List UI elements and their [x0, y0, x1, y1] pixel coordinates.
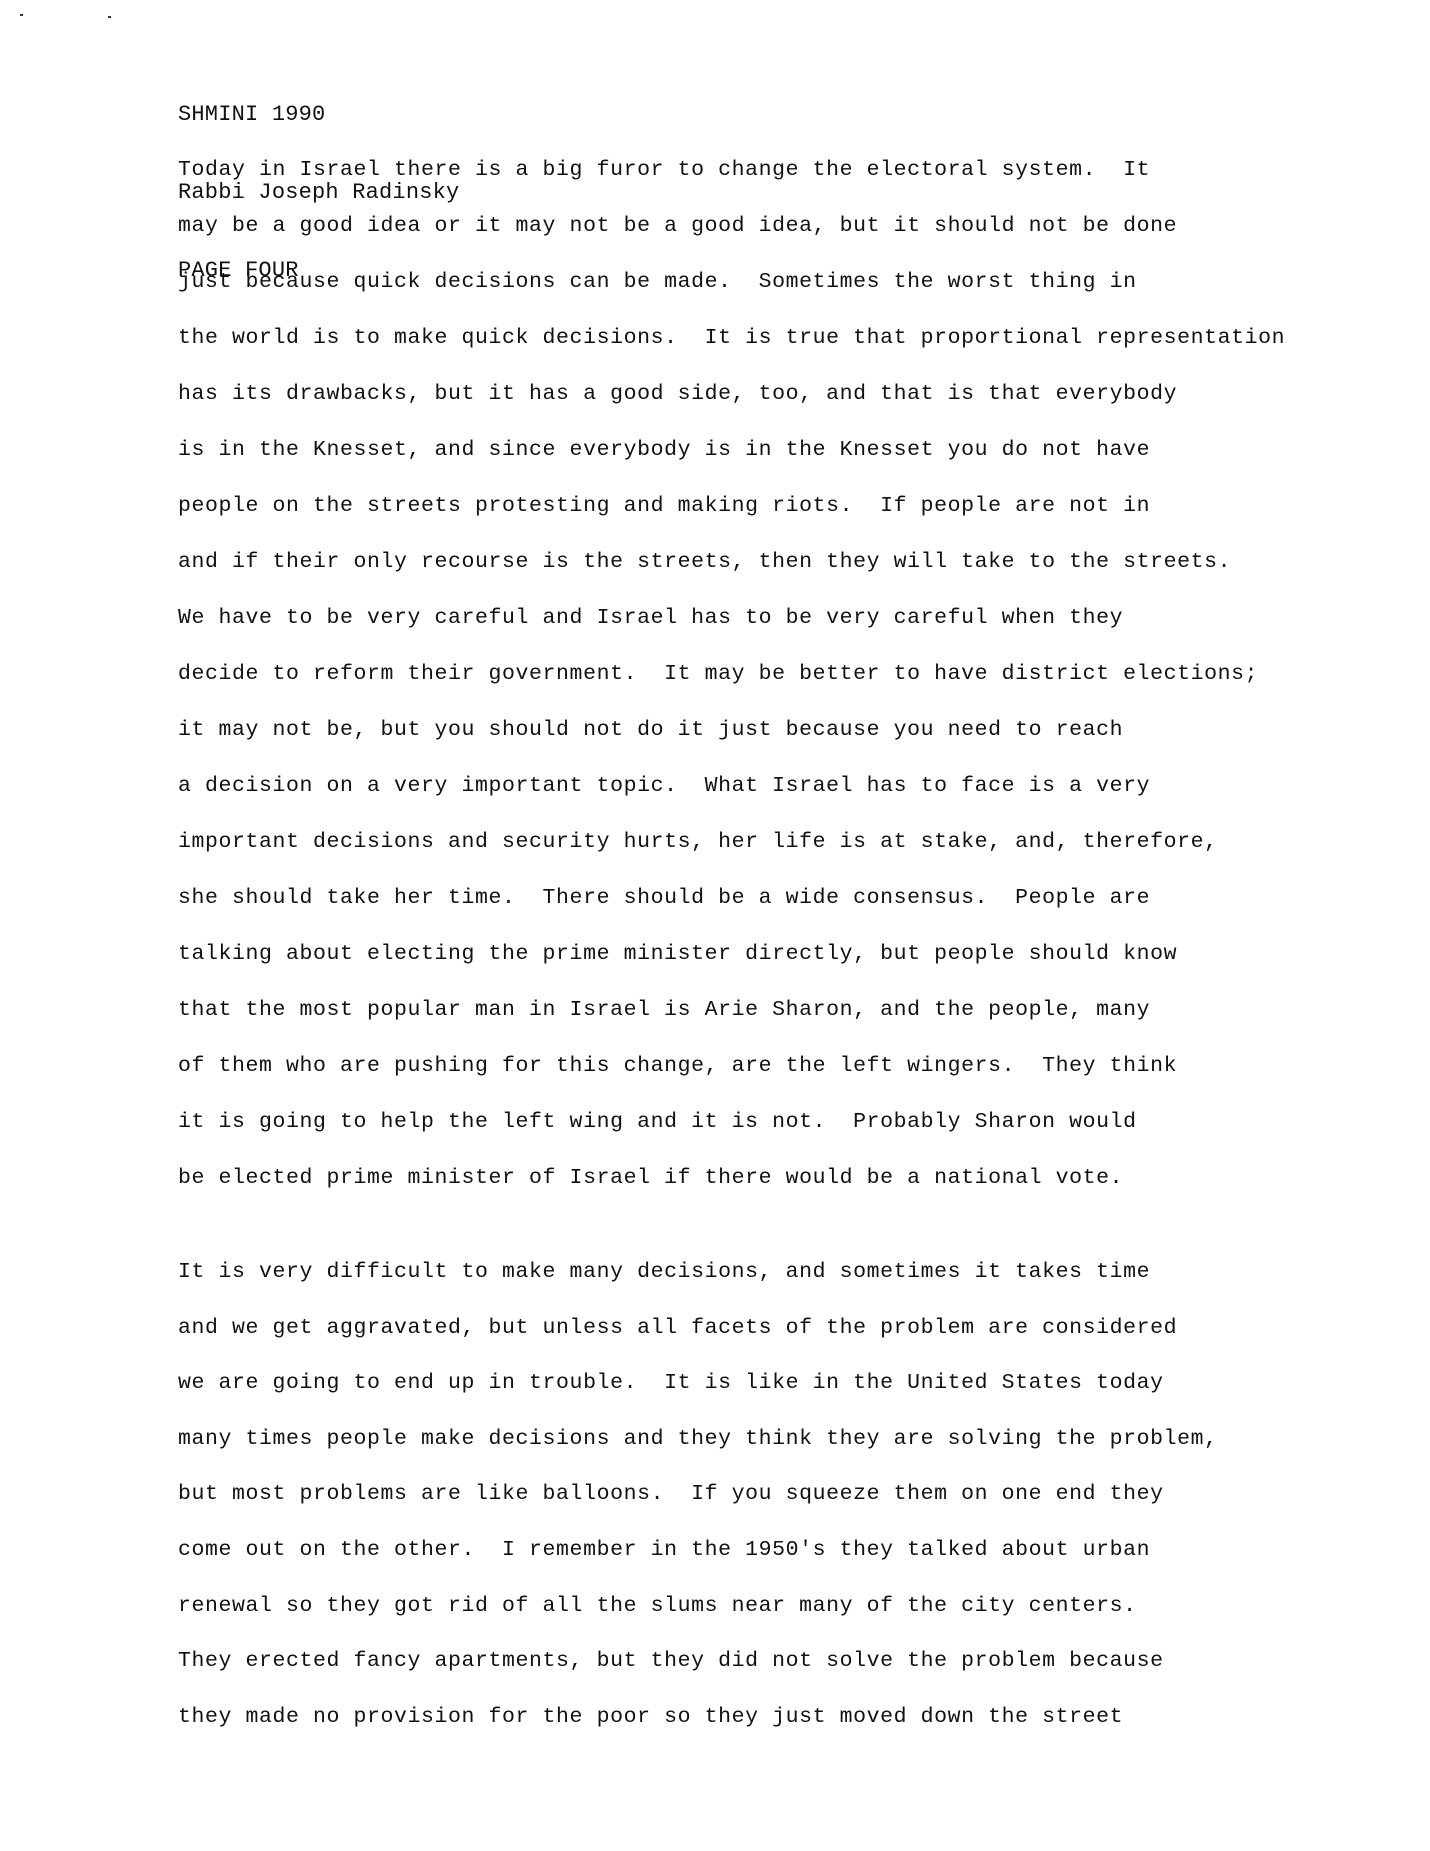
text-line: it may not be, but you should not do it …: [178, 717, 1285, 773]
text-line: it is going to help the left wing and it…: [178, 1109, 1285, 1165]
text-line: It is very difficult to make many decisi…: [178, 1259, 1218, 1315]
text-line: just because quick decisions can be made…: [178, 269, 1285, 325]
text-line: people on the streets protesting and mak…: [178, 493, 1285, 549]
paragraph: It is very difficult to make many decisi…: [178, 1259, 1218, 1759]
text-line: of them who are pushing for this change,…: [178, 1053, 1285, 1109]
text-line: and if their only recourse is the street…: [178, 549, 1285, 605]
text-line: but most problems are like balloons. If …: [178, 1481, 1218, 1537]
text-line: a decision on a very important topic. Wh…: [178, 773, 1285, 829]
text-line: many times people make decisions and the…: [178, 1426, 1218, 1482]
document-title: SHMINI 1990: [178, 102, 459, 128]
text-line: talking about electing the prime ministe…: [178, 941, 1285, 997]
paragraph: Today in Israel there is a big furor to …: [178, 157, 1285, 1221]
text-line: she should take her time. There should b…: [178, 885, 1285, 941]
text-line: and we get aggravated, but unless all fa…: [178, 1315, 1218, 1371]
text-line: They erected fancy apartments, but they …: [178, 1648, 1218, 1704]
text-line: important decisions and security hurts, …: [178, 829, 1285, 885]
text-line: may be a good idea or it may not be a go…: [178, 213, 1285, 269]
text-line: they made no provision for the poor so t…: [178, 1704, 1218, 1760]
scan-speck: [20, 14, 23, 16]
text-line: be elected prime minister of Israel if t…: [178, 1165, 1285, 1221]
text-line: we are going to end up in trouble. It is…: [178, 1370, 1218, 1426]
text-line: renewal so they got rid of all the slums…: [178, 1593, 1218, 1649]
scan-speck: [108, 16, 111, 18]
text-line: has its drawbacks, but it has a good sid…: [178, 381, 1285, 437]
text-line: We have to be very careful and Israel ha…: [178, 605, 1285, 661]
text-line: that the most popular man in Israel is A…: [178, 997, 1285, 1053]
text-line: decide to reform their government. It ma…: [178, 661, 1285, 717]
text-line: the world is to make quick decisions. It…: [178, 325, 1285, 381]
text-line: is in the Knesset, and since everybody i…: [178, 437, 1285, 493]
text-line: come out on the other. I remember in the…: [178, 1537, 1218, 1593]
text-line: Today in Israel there is a big furor to …: [178, 157, 1285, 213]
